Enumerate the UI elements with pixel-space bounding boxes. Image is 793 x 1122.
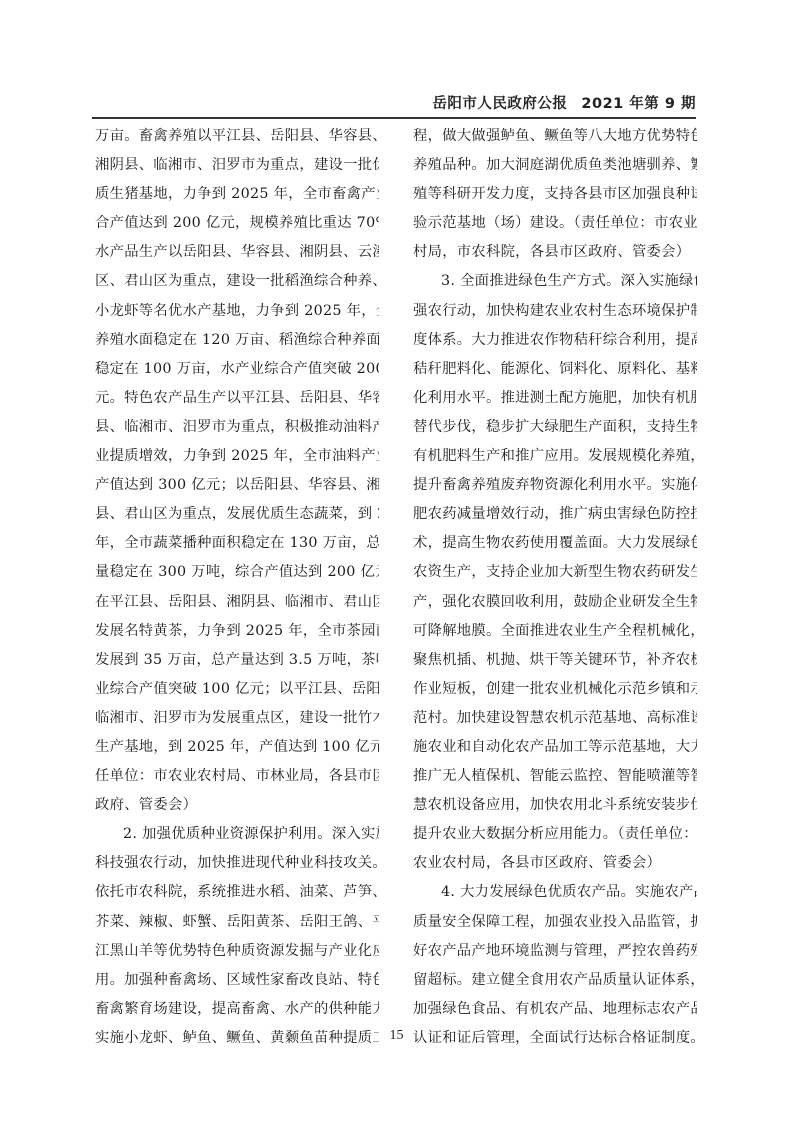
- text-line: 年，全市蔬菜播种面积稳定在 130 万亩，总产: [95, 529, 379, 558]
- text-line: 质生猪基地，力争到 2025 年，全市畜禽产业综: [95, 180, 379, 209]
- text-line: 在平江县、岳阳县、湘阴县、临湘市、君山区: [95, 588, 379, 617]
- text-line: 任单位：市农业农村局、市林业局，各县市区: [95, 762, 379, 791]
- text-line: 农资生产，支持企业加大新型生物农药研发生: [413, 558, 697, 587]
- text-line: 发展名特黄茶，力争到 2025 年，全市茶园面积: [95, 617, 379, 646]
- text-line: 湘阴县、临湘市、汨罗市为重点，建设一批优: [95, 151, 379, 180]
- running-header: 岳阳市人民政府公报2021 年第 9 期: [92, 92, 696, 116]
- text-line: 度体系。大力推进农作物秸秆综合利用，提高: [413, 326, 697, 355]
- text-line: 范村。加快建设智慧农机示范基地、高标准设: [413, 704, 697, 733]
- text-line: 推广无人植保机、智能云监控、智能喷灌等智: [413, 762, 697, 791]
- text-line: 业提质增效，力争到 2025 年，全市油料产业总: [95, 442, 379, 471]
- text-line: 水产品生产以岳阳县、华容县、湘阴县、云溪: [95, 238, 379, 267]
- text-line: 施农业和自动化农产品加工等示范基地，大力: [413, 733, 697, 762]
- text-line: 量稳定在 300 万吨，综合产值达到 200 亿元；: [95, 558, 379, 587]
- text-line: 质量安全保障工程，加强农业投入品监管，抓: [413, 908, 697, 937]
- text-line: 养殖品种。加大洞庭湖优质鱼类池塘驯养、繁: [413, 151, 697, 180]
- text-line: 3. 全面推进绿色生产方式。深入实施绿色: [413, 267, 697, 296]
- text-line: 县、临湘市、汨罗市为重点，积极推动油料产: [95, 413, 379, 442]
- page-number: 15: [0, 1028, 793, 1044]
- text-line: 好农产品产地环境监测与管理，严控农兽药残: [413, 937, 697, 966]
- text-line: 术，提高生物农药使用覆盖面。大力发展绿色: [413, 529, 697, 558]
- header-rule: [92, 117, 696, 119]
- text-line: 肥农药减量增效行动，推广病虫害绿色防控技: [413, 500, 697, 529]
- text-line: 稳定在 100 万亩，水产业综合产值突破 200 亿: [95, 355, 379, 384]
- text-line: 发展到 35 万亩，总产量达到 3.5 万吨，茶叶产: [95, 646, 379, 675]
- text-line: 有机肥料生产和推广应用。发展规模化养殖，: [413, 442, 697, 471]
- text-line: 替代步伐，稳步扩大绿肥生产面积，支持生物: [413, 413, 697, 442]
- text-line: 畜禽繁育场建设，提高畜禽、水产的供种能力。: [95, 995, 379, 1024]
- text-line: 聚焦机插、机抛、烘干等关键环节，补齐农机: [413, 646, 697, 675]
- text-line: 县、君山区为重点，发展优质生态蔬菜，到 2025: [95, 500, 379, 529]
- text-line: 村局，市农科院，各县市区政府、管委会）: [413, 238, 697, 267]
- text-line: 化利用水平。推进测土配方施肥，加快有机肥: [413, 384, 697, 413]
- text-line: 芥菜、辣椒、虾蟹、岳阳黄茶、岳阳王鸽、平: [95, 908, 379, 937]
- text-line: 4. 大力发展绿色优质农产品。实施农产品: [413, 878, 697, 907]
- text-line: 强农行动，加快构建农业农村生态环境保护制: [413, 297, 697, 326]
- text-line: 程，做大做强鲈鱼、鳜鱼等八大地方优势特色: [413, 122, 697, 151]
- text-line: 科技强农行动，加快推进现代种业科技攻关。: [95, 849, 379, 878]
- text-line: 留超标。建立健全食用农产品质量认证体系，: [413, 966, 697, 995]
- text-line: 提升畜禽养殖废弃物资源化利用水平。实施化: [413, 471, 697, 500]
- text-line: 养殖水面稳定在 120 万亩、稻渔综合种养面积: [95, 326, 379, 355]
- text-line: 政府、管委会）: [95, 791, 379, 820]
- text-line: 合产值达到 200 亿元，规模养殖比重达 70%以上。: [95, 209, 379, 238]
- left-column: 万亩。畜禽养殖以平江县、岳阳县、华容县、湘阴县、临湘市、汨罗市为重点，建设一批优…: [95, 122, 379, 1053]
- text-line: 江黑山羊等优势特色种质资源发掘与产业化应: [95, 937, 379, 966]
- text-line: 业综合产值突破 100 亿元；以平江县、岳阳县、: [95, 675, 379, 704]
- text-line: 慧农机设备应用，加快农用北斗系统安装步伐，: [413, 791, 697, 820]
- text-line: 产值达到 300 亿元；以岳阳县、华容县、湘阴: [95, 471, 379, 500]
- publication-title: 岳阳市人民政府公报: [432, 96, 567, 112]
- text-line: 验示范基地（场）建设。（责任单位：市农业农: [413, 209, 697, 238]
- text-line: 小龙虾等名优水产基地，力争到 2025 年，全市: [95, 297, 379, 326]
- text-line: 万亩。畜禽养殖以平江县、岳阳县、华容县、: [95, 122, 379, 151]
- text-line: 作业短板，创建一批农业机械化示范乡镇和示: [413, 675, 697, 704]
- right-column: 程，做大做强鲈鱼、鳜鱼等八大地方优势特色养殖品种。加大洞庭湖优质鱼类池塘驯养、繁…: [413, 122, 697, 1053]
- text-line: 产，强化农膜回收利用，鼓励企业研发全生物: [413, 588, 697, 617]
- text-line: 依托市农科院，系统推进水稻、油菜、芦笋、: [95, 878, 379, 907]
- text-line: 提升农业大数据分析应用能力。（责任单位：市: [413, 820, 697, 849]
- text-line: 临湘市、汨罗市为发展重点区，建设一批竹木: [95, 704, 379, 733]
- text-line: 加强绿色食品、有机农产品、地理标志农产品: [413, 995, 697, 1024]
- text-line: 区、君山区为重点，建设一批稻渔综合种养、: [95, 267, 379, 296]
- text-line: 元。特色农产品生产以平江县、岳阳县、华容: [95, 384, 379, 413]
- text-line: 用。加强种畜禽场、区域性家畜改良站、特色: [95, 966, 379, 995]
- text-line: 秸秆肥料化、能源化、饲料化、原料化、基料: [413, 355, 697, 384]
- text-line: 可降解地膜。全面推进农业生产全程机械化，: [413, 617, 697, 646]
- text-line: 2. 加强优质种业资源保护利用。深入实施: [95, 820, 379, 849]
- issue-number: 2021 年第 9 期: [581, 96, 696, 112]
- text-line: 殖等科研开发力度，支持各县市区加强良种试: [413, 180, 697, 209]
- text-line: 生产基地，到 2025 年，产值达到 100 亿元。（责: [95, 733, 379, 762]
- text-line: 农业农村局，各县市区政府、管委会）: [413, 849, 697, 878]
